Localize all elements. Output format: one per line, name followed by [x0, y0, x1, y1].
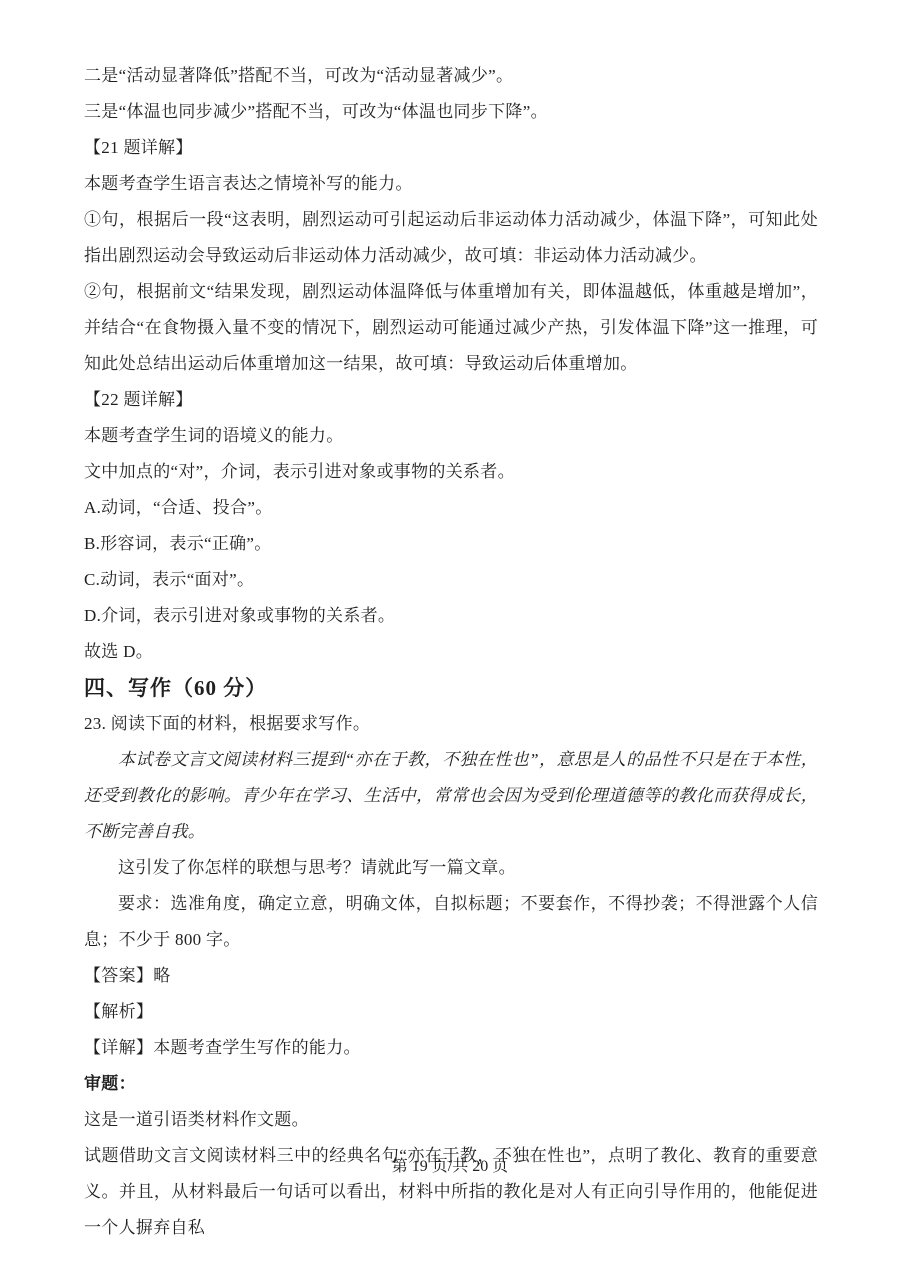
shenti-subheading: 审题： [84, 1066, 818, 1102]
q21-ability-statement: 本题考查学生语言表达之情境补写的能力。 [84, 166, 818, 202]
q23-detail-statement: 【详解】本题考查学生写作的能力。 [84, 1030, 818, 1066]
q23-stem: 23. 阅读下面的材料，根据要求写作。 [84, 706, 818, 742]
q21-blank2-analysis: ②句，根据前文“结果发现，剧烈运动体温降低与体重增加有关，即体温越低，体重越是增… [84, 274, 818, 382]
q22-ability-statement: 本题考查学生词的语境义的能力。 [84, 418, 818, 454]
q23-material-text: 本试卷文言文阅读材料三提到“亦在于教，不独在性也”，意思是人的品性不只是在于本性… [84, 742, 818, 850]
page-number-footer: 第 19 页/共 20 页 [0, 1155, 900, 1179]
q22-option-a: A.动词，“合适、投合”。 [84, 490, 818, 526]
q23-prompt: 这引发了你怎样的联想与思考？请就此写一篇文章。 [84, 850, 818, 886]
q22-option-c: C.动词，表示“面对”。 [84, 562, 818, 598]
q23-analysis-label: 【解析】 [84, 994, 818, 1030]
section-4-writing-heading: 四、写作（60 分） [84, 670, 818, 706]
q22-detail-heading: 【22 题详解】 [84, 382, 818, 418]
essay-type-statement: 这是一道引语类材料作文题。 [84, 1102, 818, 1138]
answer-point-3: 三是“体温也同步减少”搭配不当，可改为“体温也同步下降”。 [84, 94, 818, 130]
q21-blank1-analysis: ①句，根据后一段“这表明，剧烈运动可引起运动后非运动体力活动减少，体温下降”，可… [84, 202, 818, 274]
q23-answer-label: 【答案】略 [84, 958, 818, 994]
q22-stem-analysis: 文中加点的“对”，介词，表示引进对象或事物的关系者。 [84, 454, 818, 490]
exam-answer-document-page: 二是“活动显著降低”搭配不当，可改为“活动显著减少”。 三是“体温也同步减少”搭… [0, 0, 900, 1273]
q22-option-b: B.形容词，表示“正确”。 [84, 526, 818, 562]
q22-conclusion: 故选 D。 [84, 634, 818, 670]
q22-option-d: D.介词，表示引进对象或事物的关系者。 [84, 598, 818, 634]
q21-detail-heading: 【21 题详解】 [84, 130, 818, 166]
q23-requirements: 要求：选准角度，确定立意，明确文体，自拟标题；不要套作，不得抄袭；不得泄露个人信… [84, 886, 818, 958]
answer-point-2: 二是“活动显著降低”搭配不当，可改为“活动显著减少”。 [84, 58, 818, 94]
